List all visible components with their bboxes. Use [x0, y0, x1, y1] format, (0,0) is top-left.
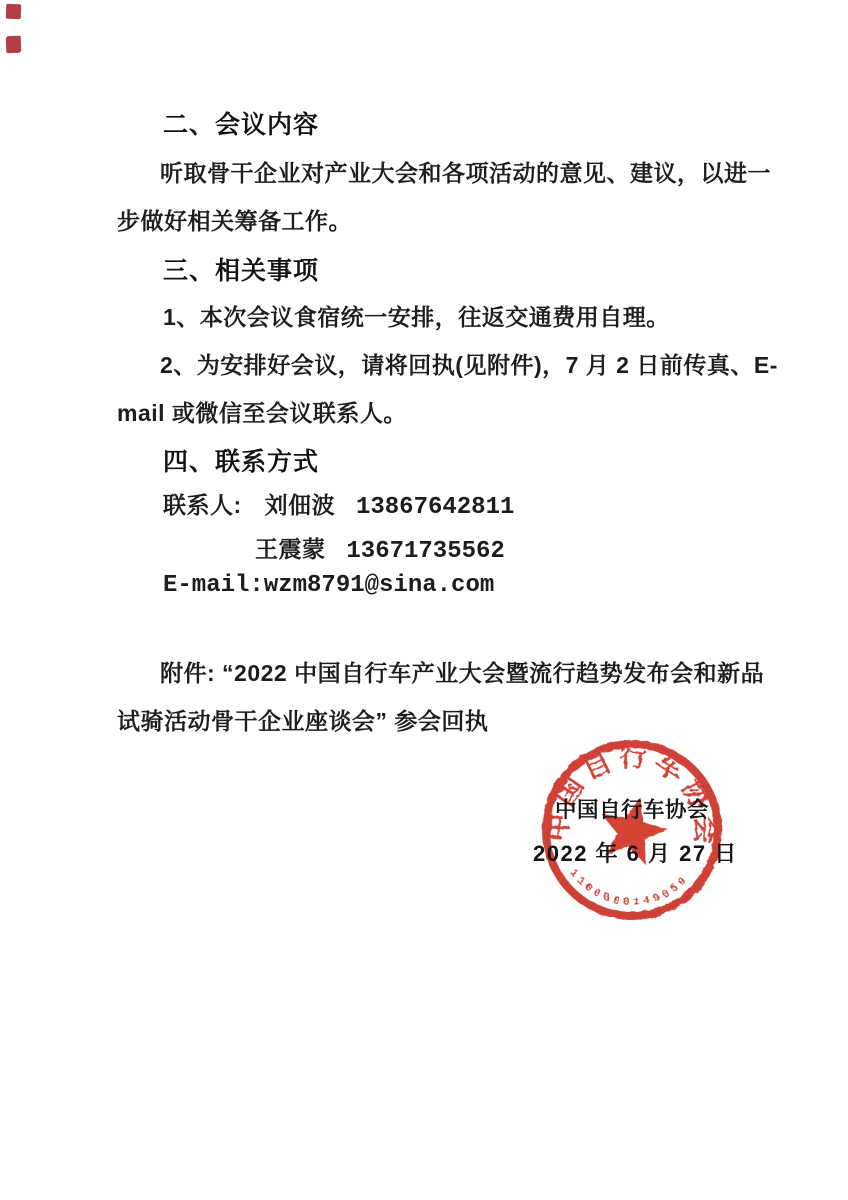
list-item-continuation: mail 或微信至会议联系人。	[117, 395, 407, 428]
list-item: 1、本次会议食宿统一安排，往返交通费用自理。	[163, 299, 670, 332]
attachment-line: 试骑活动骨干企业座谈会” 参会回执	[117, 703, 488, 736]
signature-organization: 中国自行车协会	[555, 793, 709, 824]
contact-line: 联系人: 刘佃波 13867642811	[163, 487, 514, 521]
document-page: 二、会议内容 听取骨干企业对产业大会和各项活动的意见、建议，以进一 步做好相关筹…	[0, 0, 848, 1200]
list-item: 2、为安排好会议，请将回执(见附件)，7 月 2 日前传真、E-	[160, 347, 778, 380]
contact-email: E-mail:wzm8791@sina.com	[163, 572, 494, 599]
red-scan-mark-icon	[6, 4, 22, 20]
contact-phone: 13867642811	[356, 494, 514, 521]
contact-phone: 13671735562	[346, 538, 504, 565]
paragraph-line: 听取骨干企业对产业大会和各项活动的意见、建议，以进一	[160, 155, 771, 188]
section-heading-contact-info: 四、联系方式	[163, 442, 319, 478]
contact-line: 王震蒙 13671735562	[255, 531, 505, 565]
contact-name: 刘佃波	[265, 492, 336, 518]
official-seal-stamp: 中国自行车协会 1100000149059	[537, 735, 727, 925]
signature-date: 2022 年 6 月 27 日	[533, 837, 738, 868]
contact-name: 王震蒙	[255, 536, 326, 562]
paragraph-line: 步做好相关筹备工作。	[117, 203, 352, 236]
attachment-line: 附件: “2022 中国自行车产业大会暨流行趋势发布会和新品	[160, 655, 764, 688]
contact-label: 联系人:	[163, 492, 242, 518]
section-heading-related-matters: 三、相关事项	[163, 251, 319, 287]
seal-icon: 中国自行车协会 1100000149059	[537, 735, 727, 925]
section-heading-meeting-content: 二、会议内容	[163, 105, 319, 141]
red-scan-mark-icon	[6, 36, 22, 54]
